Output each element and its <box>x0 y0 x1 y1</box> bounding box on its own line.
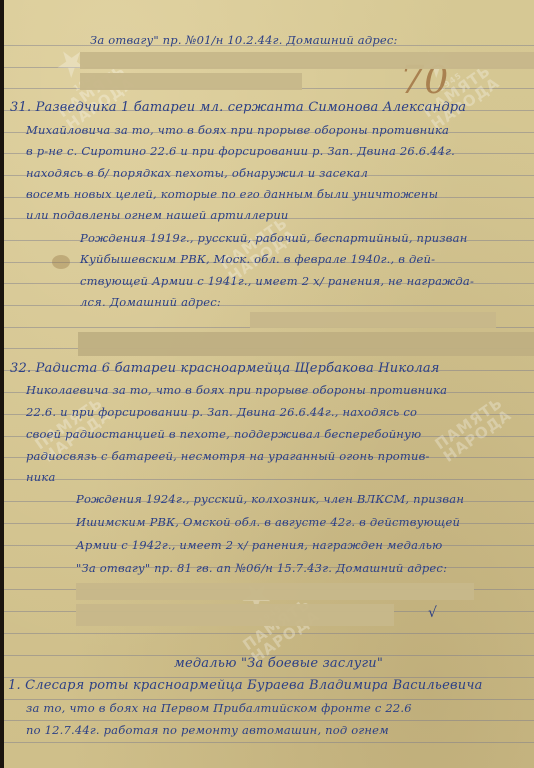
text-line: Ишимским РВК, Омской обл. в августе 42г.… <box>76 515 460 529</box>
text-line: за то, что в боях на Первом Прибалтийско… <box>26 701 412 715</box>
text-line: 22.6. и при форсировании р. Зап. Двина 2… <box>26 405 417 419</box>
document-page: ★ 1945 ПАМЯТЬ НАРОДА ★ 1945 ПАМЯТЬ НАРОД… <box>4 0 534 768</box>
redacted-address <box>76 604 394 626</box>
text-line: своей радиостанцией в пехоте, поддержива… <box>26 427 421 441</box>
text-line: Рождения 1924г., русский, колхозник, чле… <box>76 492 464 506</box>
section-heading: медалью "За боевые заслуги" <box>174 656 383 671</box>
text-line: ника <box>26 470 56 484</box>
text-line: 32. Радиста 6 батареи красноармейца Щерб… <box>10 361 440 376</box>
redacted-address <box>80 73 302 90</box>
ruled-line <box>4 699 534 700</box>
redacted-address <box>80 52 534 69</box>
redacted-address <box>76 583 474 600</box>
ruled-line <box>4 742 534 743</box>
text-line: радиосвязь с батареей, несмотря на урага… <box>26 449 430 463</box>
text-line: Михайловича за то, что в боях при прорыв… <box>26 123 449 137</box>
text-line: Николаевича за то, что в боях при прорыв… <box>26 383 447 397</box>
text-line: или подавлены огнем нашей артиллерии <box>26 208 289 222</box>
text-line: 31. Разведчика 1 батареи мл. сержанта Си… <box>10 100 466 115</box>
text-line: лся. Домашний адрес: <box>80 295 221 309</box>
ruled-line <box>4 479 534 480</box>
text-line: "За отвагу" пр. 81 гв. ап №06/н 15.7.43г… <box>76 561 447 575</box>
text-line: 1. Слесаря роты красноармейца Бураева Вл… <box>8 678 483 693</box>
text-line: Рождения 1919г., русский, рабочий, беспа… <box>80 231 468 245</box>
redacted-address <box>250 312 496 328</box>
text-line: За отвагу" пр. №01/н 10.2.44г. Домашний … <box>90 33 398 47</box>
watermark: ПАМЯТЬ НАРОДА <box>433 395 515 465</box>
check-mark: √ <box>428 605 437 621</box>
text-line: в р-не с. Сиротино 22.6 и при форсирован… <box>26 144 455 158</box>
text-line: Куйбышевским РВК, Моск. обл. в феврале 1… <box>80 252 435 266</box>
text-line: восемь новых целей, которые по его данны… <box>26 187 438 201</box>
text-line: по 12.7.44г. работая по ремонту автомаши… <box>26 723 389 737</box>
text-line: находясь в б/ порядках пехоты, обнаружил… <box>26 166 368 180</box>
redacted-address <box>78 332 534 356</box>
text-line: ствующей Армии с 1941г., имеет 2 х/ ране… <box>80 274 474 288</box>
text-line: Армии с 1942г., имеет 2 х/ ранения, нагр… <box>76 538 442 552</box>
ruled-line <box>4 720 534 721</box>
paper-stain <box>52 255 70 269</box>
